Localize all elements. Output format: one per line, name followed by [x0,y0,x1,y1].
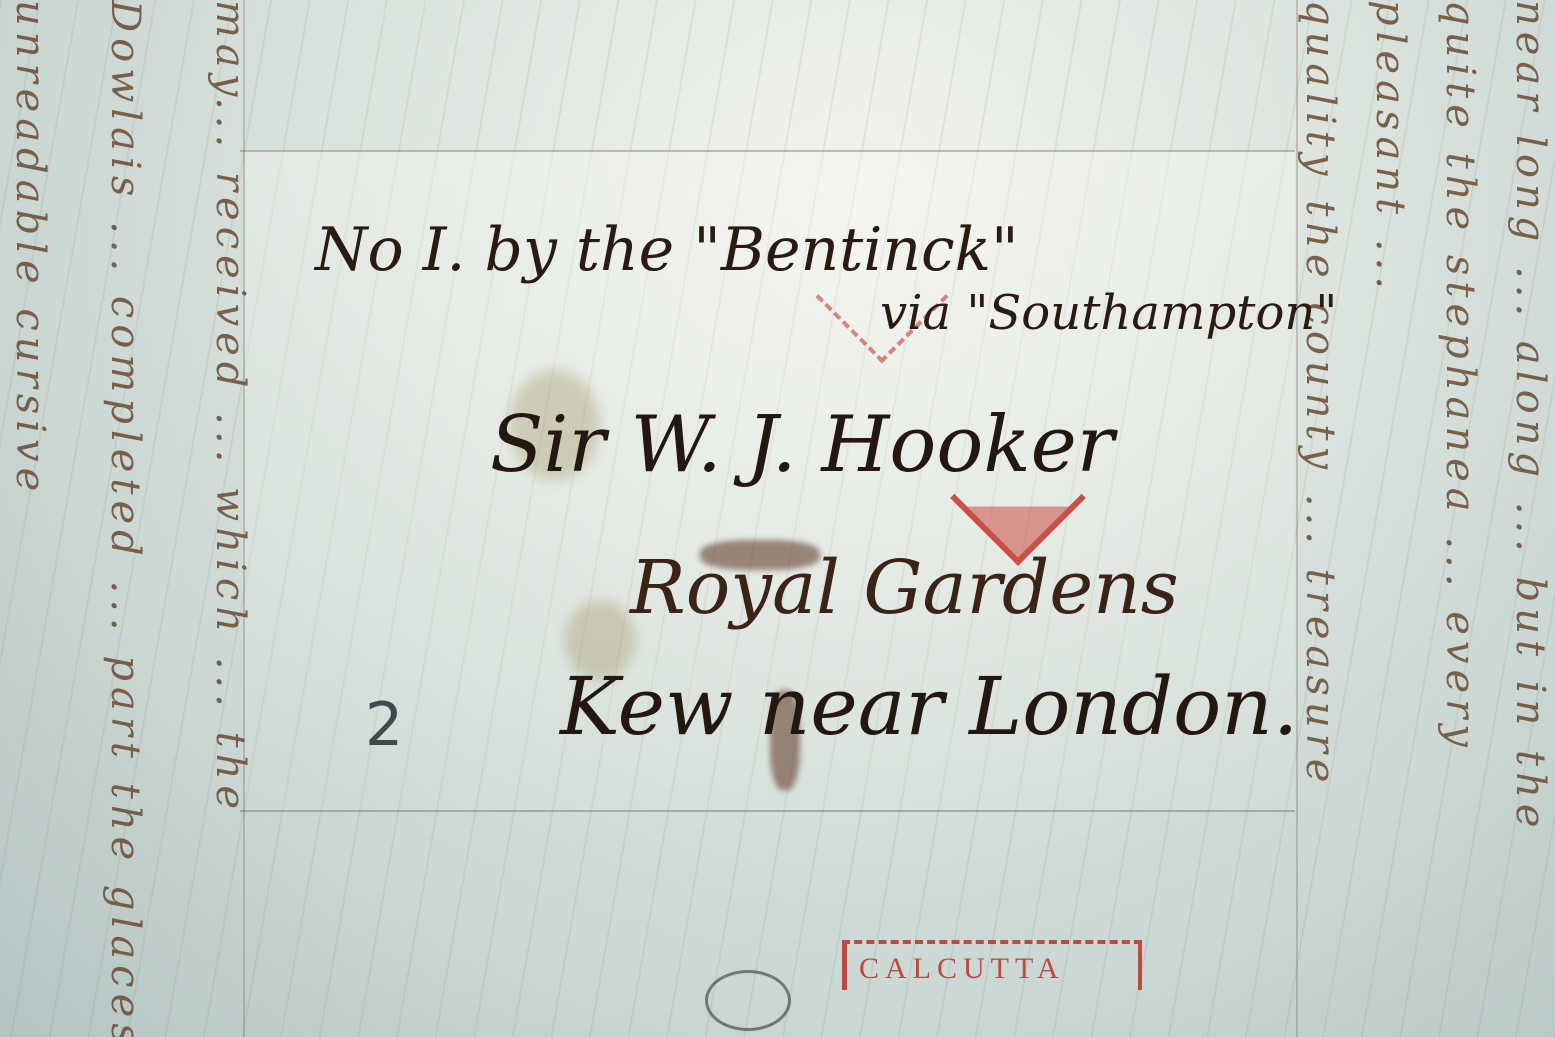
side-text-left-3: may... received ... which ... the [200,0,260,1037]
side-text-right-4: near long ... along ... but in the [1500,0,1555,1037]
address-line-3: Kew near London. [560,660,1298,753]
side-text-left-2: Dowlais ... completed ... part the glace… [95,0,155,1037]
recipient-name: Sir W. J. Hooker [490,400,1114,490]
fold-line-bottom [240,810,1295,812]
pencil-mark: 2 [365,690,403,760]
side-text-right-1: quality the county ... treasure [1290,0,1350,1037]
postmark-text: CALCUTTA [859,952,1065,986]
side-text-right-3: quite the stephanea ... every [1430,0,1490,1037]
route-line: via "Southampton" [880,285,1337,341]
address-line-2: Royal Gardens [630,545,1179,631]
side-text-left-1: unreadable cursive [0,0,60,1037]
header-line: No I. by the "Bentinck" [315,215,1019,285]
calcutta-postmark: CALCUTTA [842,940,1142,990]
postal-seal-mark [705,970,791,1031]
side-text-right-2: pleasant ... [1360,0,1420,1037]
fold-line-top [240,150,1295,152]
